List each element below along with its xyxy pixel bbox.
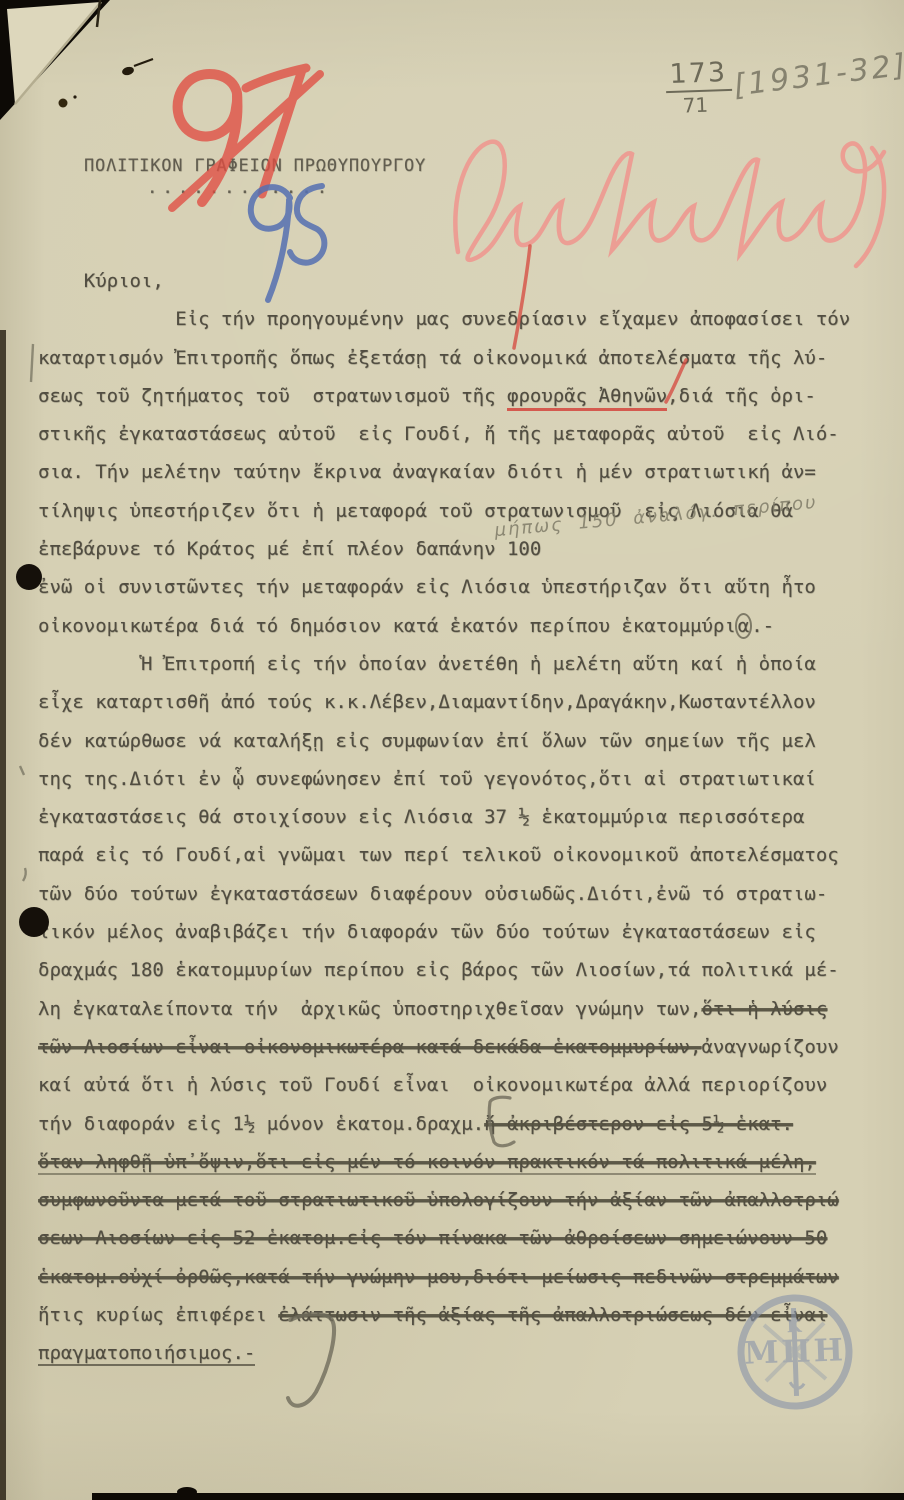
typed-line: λη ἐγκαταλείποντα τήν ἀρχικῶς ὑποστηριχθ…: [38, 990, 894, 1028]
typed-line: σεων Λιοσίων εἰς 52 ἑκατομ.εἰς τόν πίνακ…: [38, 1219, 894, 1257]
archive-number-annotation: 173 71: [665, 59, 732, 116]
typed-line: τῶν Λιοσίων εἶναι οἰκονομικωτέρα κατά δε…: [38, 1028, 894, 1066]
header-dotted-line: ............: [148, 181, 333, 197]
typed-line: τῶν δύο τούτων ἐγκαταστάσεων διαφέρουν ο…: [38, 875, 894, 913]
typed-line: στικῆς ἐγκαταστάσεως αὐτοῦ εἰς Γουδί, ἤ …: [38, 415, 894, 453]
typed-line: καταρτισμόν Ἐπιτροπῆς ὅπως ἐξετάσῃ τά οἰ…: [38, 339, 894, 377]
pencil-margin-marks: [20, 344, 33, 881]
typed-line: πραγματοποιήσιμος.-: [38, 1334, 894, 1372]
typed-line: ἑκατομ.οὐχί ὀρθῶς,κατά τήν γνώμην μου,δι…: [38, 1258, 894, 1296]
typed-line: παρά εἰς τό Γουδί,αἱ γνῶμαι των περί τελ…: [38, 836, 894, 874]
typed-line: Ἡ Ἐπιτροπή εἰς τήν ὁποίαν ἀνετέθη ἡ μελέ…: [38, 645, 894, 683]
typed-line: σεως τοῦ ζητήματος τοῦ στρατωνισμοῦ τῆς …: [38, 377, 894, 415]
scanned-letter-page: ΠΟΛΙΤΙΚΟΝ ΓΡΑΦΕΙΟΝ ΠΡΩΘΥΠΟΥΡΓΟΥ ........…: [0, 0, 904, 1500]
typed-line: ἐγκαταστάσεις θά στοιχίσουν εἰς Λιόσια 3…: [38, 798, 894, 836]
archive-number-top: 173: [665, 59, 732, 93]
ink-specks: [59, 59, 154, 108]
typed-line: ὅταν ληφθῇ ὑπ᾽ὄψιν,ὅτι εἰς μέν τό κοινόν…: [38, 1143, 894, 1181]
typed-line: ἥτις κυρίως ἐπιφέρει ἐλάττωσιν τῆς ἀξίας…: [38, 1296, 894, 1334]
torn-corner: [0, 0, 110, 120]
date-bracket-annotation: [1931-32]: [732, 47, 904, 103]
bottom-edge-shadow: [92, 1487, 904, 1500]
typed-line: καί αὐτά ὅτι ἡ λύσις τοῦ Γουδί εἶναι οἰκ…: [38, 1066, 894, 1104]
typed-line: Κύριοι,: [38, 262, 894, 300]
typed-line: εἶχε καταρτισθῆ ἀπό τούς κ.κ.Λέβεν,Διαμα…: [38, 683, 894, 721]
typed-line: της της.Διότι ἐν ᾧ συνεφώνησεν ἐπί τοῦ γ…: [38, 760, 894, 798]
typed-line: σια. Τήν μελέτην ταύτην ἔκρινα ἀναγκαίαν…: [38, 453, 894, 491]
red-signature-stroke: [455, 142, 884, 266]
left-edge-shadow: [0, 330, 6, 1500]
typed-line: ἐνῶ οἱ συνιστῶντες τήν μεταφοράν εἰς Λιό…: [38, 568, 894, 606]
office-header: ΠΟΛΙΤΙΚΟΝ ΓΡΑΦΕΙΟΝ ΠΡΩΘΥΠΟΥΡΓΟΥ: [84, 156, 426, 176]
typed-line: τικόν μέλος ἀναβιβάζει τήν διαφοράν τῶν …: [38, 913, 894, 951]
archive-number-bottom: 71: [682, 94, 732, 116]
typed-line: συμφωνοῦντα μετά τοῦ στρατιωτικοῦ ὑπολογ…: [38, 1181, 894, 1219]
typed-line: ἐπεβάρυνε τό Κράτος μέ ἐπί πλέον δαπάνην…: [38, 530, 894, 568]
typed-line: δραχμάς 180 ἑκατομμυρίων περίπου εἰς βάρ…: [38, 951, 894, 989]
typed-line: οἰκονομικωτέρα διά τό δημόσιον κατά ἑκατ…: [38, 607, 894, 645]
typed-body: Κύριοι, Εἰς τήν προηγουμένην μας συνεδρί…: [38, 262, 894, 1373]
typed-line: δέν κατώρθωσε νά καταλήξῃ εἰς συμφωνίαν …: [38, 722, 894, 760]
typed-line: Εἰς τήν προηγουμένην μας συνεδρίασιν εἴχ…: [38, 300, 894, 338]
typed-line: τήν διαφοράν εἰς 1½ μόνον ἑκατομ.δραχμ.ἤ…: [38, 1105, 894, 1143]
